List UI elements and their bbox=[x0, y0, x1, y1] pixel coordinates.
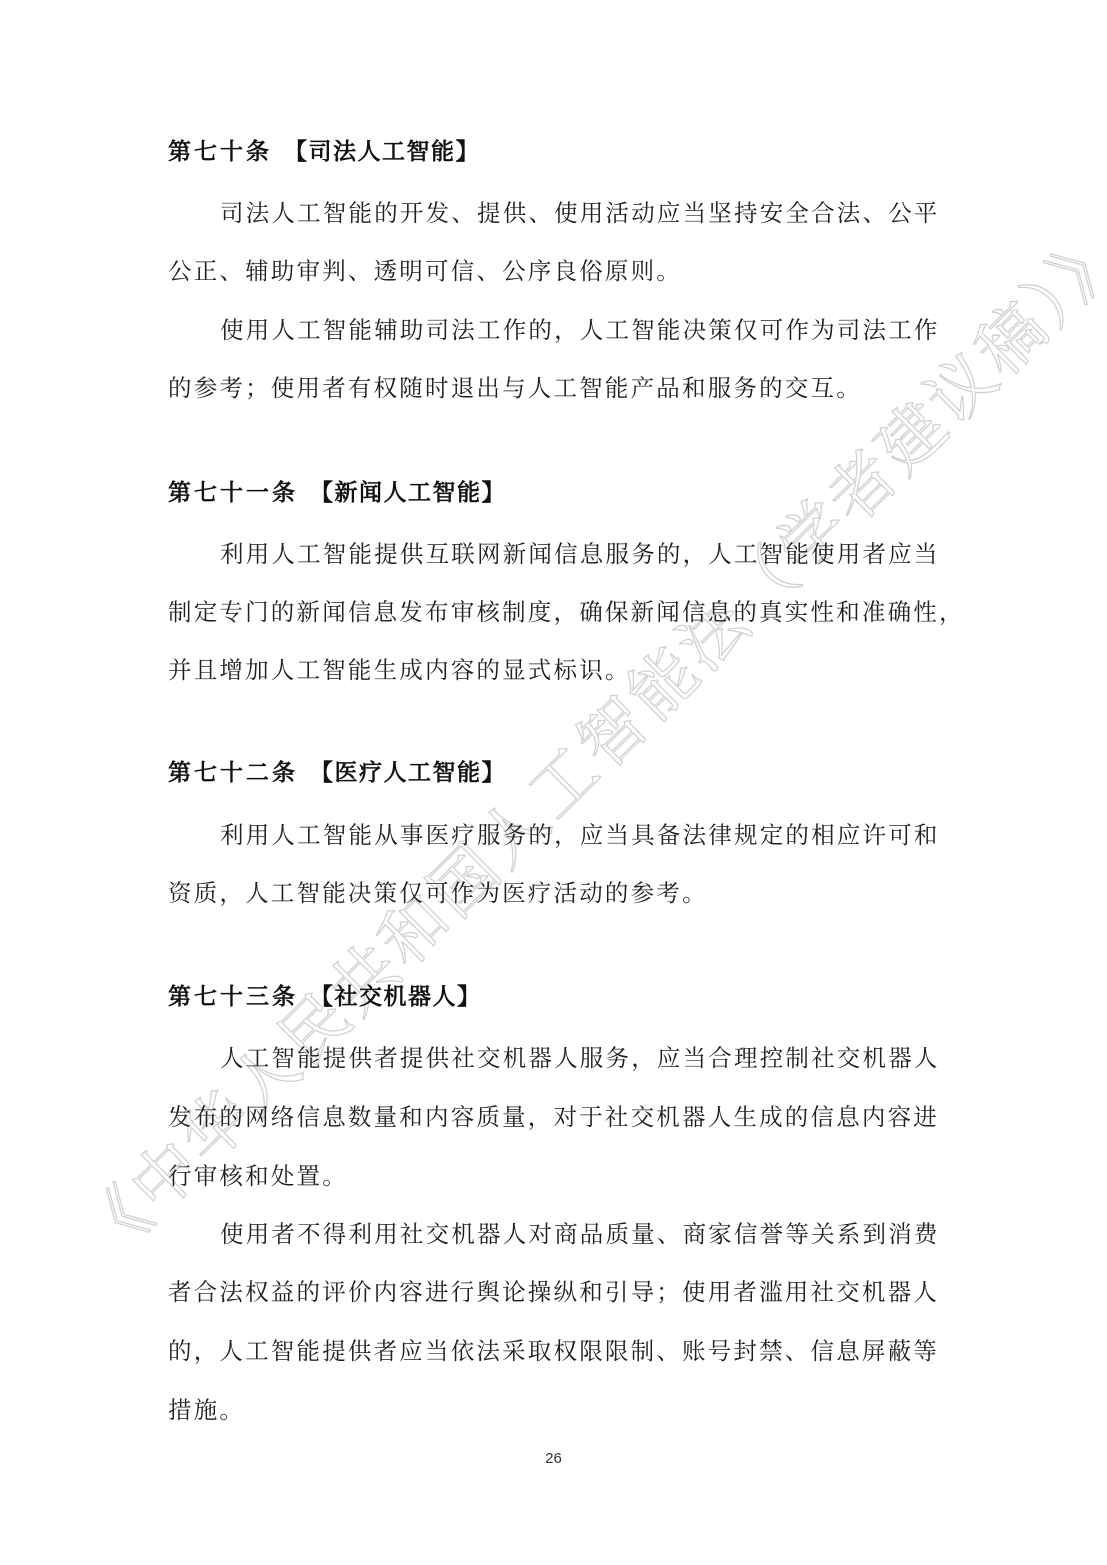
paragraph-line: 制定专门的新闻信息发布审核制度，确保新闻信息的真实性和准确性， bbox=[168, 592, 965, 632]
article-73-heading: 第七十三条【社交机器人】 bbox=[168, 977, 482, 1017]
article-number: 第七十条 bbox=[168, 139, 272, 165]
article-71-heading: 第七十一条【新闻人工智能】 bbox=[168, 473, 506, 513]
paragraph-line: 使用者不得利用社交机器人对商品质量、商家信誉等关系到消费 bbox=[220, 1214, 940, 1254]
paragraph-line: 措施。 bbox=[168, 1390, 245, 1430]
page-number: 26 bbox=[0, 1450, 1107, 1467]
article-number: 第七十二条 bbox=[168, 760, 298, 786]
paragraph-line: 人工智能提供者提供社交机器人服务，应当合理控制社交机器人 bbox=[220, 1038, 940, 1078]
paragraph-line: 使用人工智能辅助司法工作的，人工智能决策仅可作为司法工作 bbox=[220, 310, 940, 350]
paragraph-line: 利用人工智能从事医疗服务的，应当具备法律规定的相应许可和 bbox=[220, 815, 940, 855]
paragraph-line: 者合法权益的评价内容进行舆论操纵和引导；使用者滥用社交机器人 bbox=[168, 1272, 939, 1312]
article-title: 【司法人工智能】 bbox=[284, 139, 480, 165]
paragraph-line: 利用人工智能提供互联网新闻信息服务的，人工智能使用者应当 bbox=[220, 534, 940, 574]
article-title: 【医疗人工智能】 bbox=[310, 760, 506, 786]
paragraph-line: 的参考；使用者有权随时退出与人工智能产品和服务的交互。 bbox=[168, 368, 862, 408]
paragraph-line: 发布的网络信息数量和内容质量，对于社交机器人生成的信息内容进 bbox=[168, 1097, 939, 1137]
paragraph-line: 公正、辅助审判、透明可信、公序良俗原则。 bbox=[168, 251, 682, 291]
document-page: 《中华人民共和国人工智能法（学者建议稿）》 第七十条【司法人工智能】 司法人工智… bbox=[0, 0, 1107, 1565]
article-title: 【新闻人工智能】 bbox=[310, 480, 506, 506]
paragraph-line: 的，人工智能提供者应当依法采取权限限制、账号封禁、信息屏蔽等 bbox=[168, 1331, 939, 1371]
paragraph-line: 行审核和处置。 bbox=[168, 1156, 348, 1196]
article-70-heading: 第七十条【司法人工智能】 bbox=[168, 132, 480, 172]
paragraph-line: 并且增加人工智能生成内容的显式标识。 bbox=[168, 650, 631, 690]
article-72-heading: 第七十二条【医疗人工智能】 bbox=[168, 753, 506, 793]
paragraph-line: 司法人工智能的开发、提供、使用活动应当坚持安全合法、公平 bbox=[220, 193, 940, 233]
paragraph-line: 资质，人工智能决策仅可作为医疗活动的参考。 bbox=[168, 873, 708, 913]
article-title: 【社交机器人】 bbox=[310, 984, 482, 1010]
article-number: 第七十一条 bbox=[168, 480, 298, 506]
article-number: 第七十三条 bbox=[168, 984, 298, 1010]
